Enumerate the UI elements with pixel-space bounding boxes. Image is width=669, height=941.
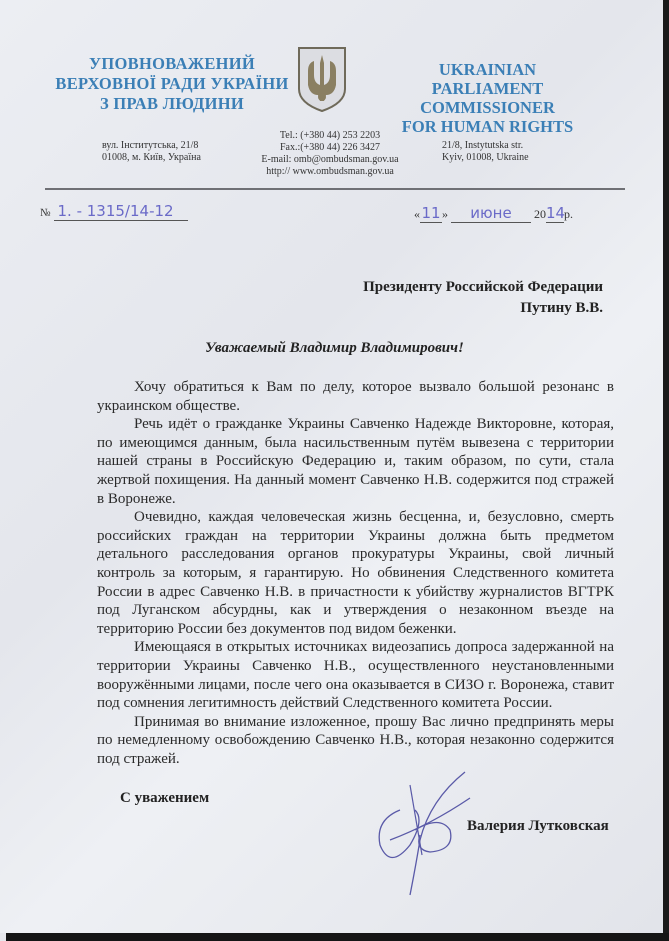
scan-edge-bottom xyxy=(6,933,669,941)
signer-name: Валерия Лутковская xyxy=(467,818,609,835)
fax: Fax.:(+380 44) 226 3427 xyxy=(240,142,420,154)
paragraph: Очевидно, каждая человеческая жизнь бесц… xyxy=(97,508,614,638)
title-en-line-2: PARLIAMENT COMMISSIONER xyxy=(365,79,610,117)
phone: Tel.: (+380 44) 253 2203 xyxy=(240,130,420,142)
addressee-title: Президенту Российской Федерации xyxy=(363,277,603,298)
date-day: 11 xyxy=(420,204,442,223)
title-ua-line-2: ВЕРХОВНОЇ РАДИ УКРАЇНИ xyxy=(52,74,292,94)
registration-number: № 1. - 1315/14-12 xyxy=(40,202,188,221)
paragraph: Речь идёт о гражданке Украины Савченко Н… xyxy=(97,415,614,508)
letterhead-divider xyxy=(45,188,625,190)
paragraph: Хочу обратиться к Вам по делу, которое в… xyxy=(97,378,614,415)
addressee: Президенту Российской Федерации Путину В… xyxy=(363,277,603,319)
title-ua-line-3: З ПРАВ ЛЮДИНИ xyxy=(52,94,292,114)
letter-page: УПОВНОВАЖЕНИЙ ВЕРХОВНОЇ РАДИ УКРАЇНИ З П… xyxy=(0,0,663,933)
title-en-line-1: UKRAINIAN xyxy=(365,60,610,79)
email: E-mail: omb@ombudsman.gov.ua xyxy=(240,154,420,166)
letter-body: Хочу обратиться к Вам по делу, которое в… xyxy=(97,378,614,768)
number-value: 1. - 1315/14-12 xyxy=(54,202,188,221)
letterhead-title-ua: УПОВНОВАЖЕНИЙ ВЕРХОВНОЇ РАДИ УКРАЇНИ З П… xyxy=(52,54,292,114)
signature-icon xyxy=(370,770,480,900)
quote-close: » xyxy=(442,207,448,221)
number-label: № xyxy=(40,207,51,219)
registration-date: «11» июне 2014р. xyxy=(414,204,573,223)
paragraph: Принимая во внимание изложенное, прошу В… xyxy=(97,713,614,769)
address-ua-line-1: вул. Інститутська, 21/8 xyxy=(102,140,201,152)
address-ua-line-2: 01008, м. Київ, Україна xyxy=(102,152,201,164)
scan-edge-right xyxy=(663,0,669,941)
date-month: июне xyxy=(451,204,531,223)
salutation: Уважаемый Владимир Владимирович! xyxy=(0,340,669,357)
website: http:// www.ombudsman.gov.ua xyxy=(240,166,420,178)
paragraph: Имеющаяся в открытых источниках видеозап… xyxy=(97,638,614,712)
address-ua: вул. Інститутська, 21/8 01008, м. Київ, … xyxy=(102,140,201,164)
trident-coat-of-arms-icon xyxy=(296,45,348,113)
addressee-name: Путину В.В. xyxy=(363,298,603,319)
address-en-line-2: Kyiv, 01008, Ukraine xyxy=(442,152,529,164)
contacts: Tel.: (+380 44) 253 2203 Fax.:(+380 44) … xyxy=(240,130,420,178)
letterhead-title-en: UKRAINIAN PARLIAMENT COMMISSIONER FOR HU… xyxy=(365,60,610,136)
year-prefix: 20 xyxy=(534,207,546,221)
address-en-line-1: 21/8, Instytutska str. xyxy=(442,140,529,152)
title-ua-line-1: УПОВНОВАЖЕНИЙ xyxy=(52,54,292,74)
year-suffix: 14 xyxy=(546,204,564,223)
year-abbrev: р. xyxy=(564,207,573,221)
address-en: 21/8, Instytutska str. Kyiv, 01008, Ukra… xyxy=(442,140,529,164)
closing: С уважением xyxy=(120,790,209,807)
